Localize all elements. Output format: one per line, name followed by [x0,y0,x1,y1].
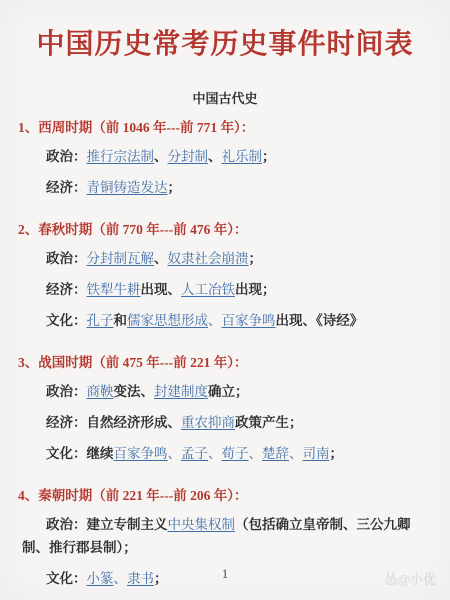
text-segment: 、 [154,251,168,266]
text-segment: 出现、 [141,282,182,297]
document-page: 中国历史常考历史事件时间表 中国古代史 1、西周时期（前 1046 年---前 … [0,0,450,600]
highlighted-term: 奴隶社会崩溃 [168,251,249,266]
text-segment: 出现、《诗经》 [276,313,364,328]
highlighted-term: 推行宗法制 [87,149,155,164]
sections: 1、西周时期（前 1046 年---前 771 年）：政治：推行宗法制、分封制、… [0,119,450,590]
timeline-line: 政治：分封制瓦解、奴隶社会崩溃； [22,247,426,270]
text-segment: 经济： [46,180,87,195]
timeline-section: 3、战国时期（前 475 年---前 221 年）：政治：商鞅变法、封建制度确立… [22,354,426,465]
timeline-section: 2、春秋时期（前 770 年---前 476 年）：政治：分封制瓦解、奴隶社会崩… [22,221,426,332]
timeline-line: 经济：自然经济形成、重农抑商政策产生； [22,411,426,434]
highlighted-term: 封建制度 [154,384,208,399]
text-segment: 经济： [46,415,87,430]
text-segment: 、 [208,313,222,328]
text-segment: ； [168,180,182,195]
highlighted-term: 商鞅 [87,384,114,399]
highlighted-term: 百家争鸣 [114,446,168,461]
page-subtitle: 中国古代史 [0,62,450,107]
highlighted-term: 重农抑商 [181,415,235,430]
text-segment: 和 [114,313,128,328]
timeline-line: 经济：青铜铸造发达； [22,176,426,199]
highlighted-term: 分封制 [168,149,209,164]
timeline-line: 文化：继续百家争鸣、孟子、荀子、楚辞、司南； [22,442,426,465]
highlighted-term: 孔子 [87,313,114,328]
text-segment: 、 [168,446,182,461]
text-segment: 、 [208,149,222,164]
text-segment: 建立专制主义 [87,517,168,532]
text-segment: 、 [289,446,303,461]
text-segment: 政治： [46,251,87,266]
text-segment: 、 [208,446,222,461]
page-number: 1 [0,566,450,582]
highlighted-term: 百家争鸣 [222,313,276,328]
text-segment: 、 [249,446,263,461]
highlighted-term: 人工冶铁 [181,282,235,297]
text-segment: ； [262,149,276,164]
text-segment: 政治： [46,149,87,164]
text-segment: 政治： [46,384,87,399]
highlighted-term: 铁犁牛耕 [87,282,141,297]
text-segment: 、 [154,149,168,164]
text-segment: ； [330,446,344,461]
timeline-line: 政治：商鞅变法、封建制度确立； [22,380,426,403]
highlighted-term: 礼乐制 [222,149,263,164]
highlighted-term: 孟子 [181,446,208,461]
highlighted-term: 中央集权制 [168,517,236,532]
text-segment: ； [249,251,263,266]
text-segment: 变法、 [114,384,155,399]
section-heading: 2、春秋时期（前 770 年---前 476 年）： [18,221,426,239]
page-title: 中国历史常考历史事件时间表 [0,0,450,62]
watermark: 怂@小优 [384,569,436,588]
timeline-line: 文化：孔子和儒家思想形成、百家争鸣出现、《诗经》 [22,309,426,332]
timeline-line: 政治：推行宗法制、分封制、礼乐制； [22,145,426,168]
highlighted-term: 荀子 [222,446,249,461]
text-segment: 自然经济形成、 [87,415,182,430]
timeline-section: 1、西周时期（前 1046 年---前 771 年）：政治：推行宗法制、分封制、… [22,119,426,199]
highlighted-term: 司南 [303,446,330,461]
highlighted-term: 楚辞 [262,446,289,461]
section-heading: 3、战国时期（前 475 年---前 221 年）： [18,354,426,372]
text-segment: 文化： [46,446,87,461]
highlighted-term: 青铜铸造发达 [87,180,168,195]
timeline-line: 政治：建立专制主义中央集权制（包括确立皇帝制、三公九卿制、推行郡县制）； [22,513,426,559]
highlighted-term: 分封制瓦解 [87,251,155,266]
section-heading: 4、秦朝时期（前 221 年---前 206 年）： [18,487,426,505]
text-segment: 政策产生； [235,415,303,430]
highlighted-term: 儒家思想形成 [127,313,208,328]
text-segment: 出现； [235,282,276,297]
timeline-line: 经济：铁犁牛耕出现、人工冶铁出现； [22,278,426,301]
text-segment: 政治： [46,517,87,532]
section-heading: 1、西周时期（前 1046 年---前 771 年）： [18,119,426,137]
text-segment: 文化： [46,313,87,328]
text-segment: 经济： [46,282,87,297]
text-segment: 确立； [208,384,249,399]
text-segment: 继续 [87,446,114,461]
